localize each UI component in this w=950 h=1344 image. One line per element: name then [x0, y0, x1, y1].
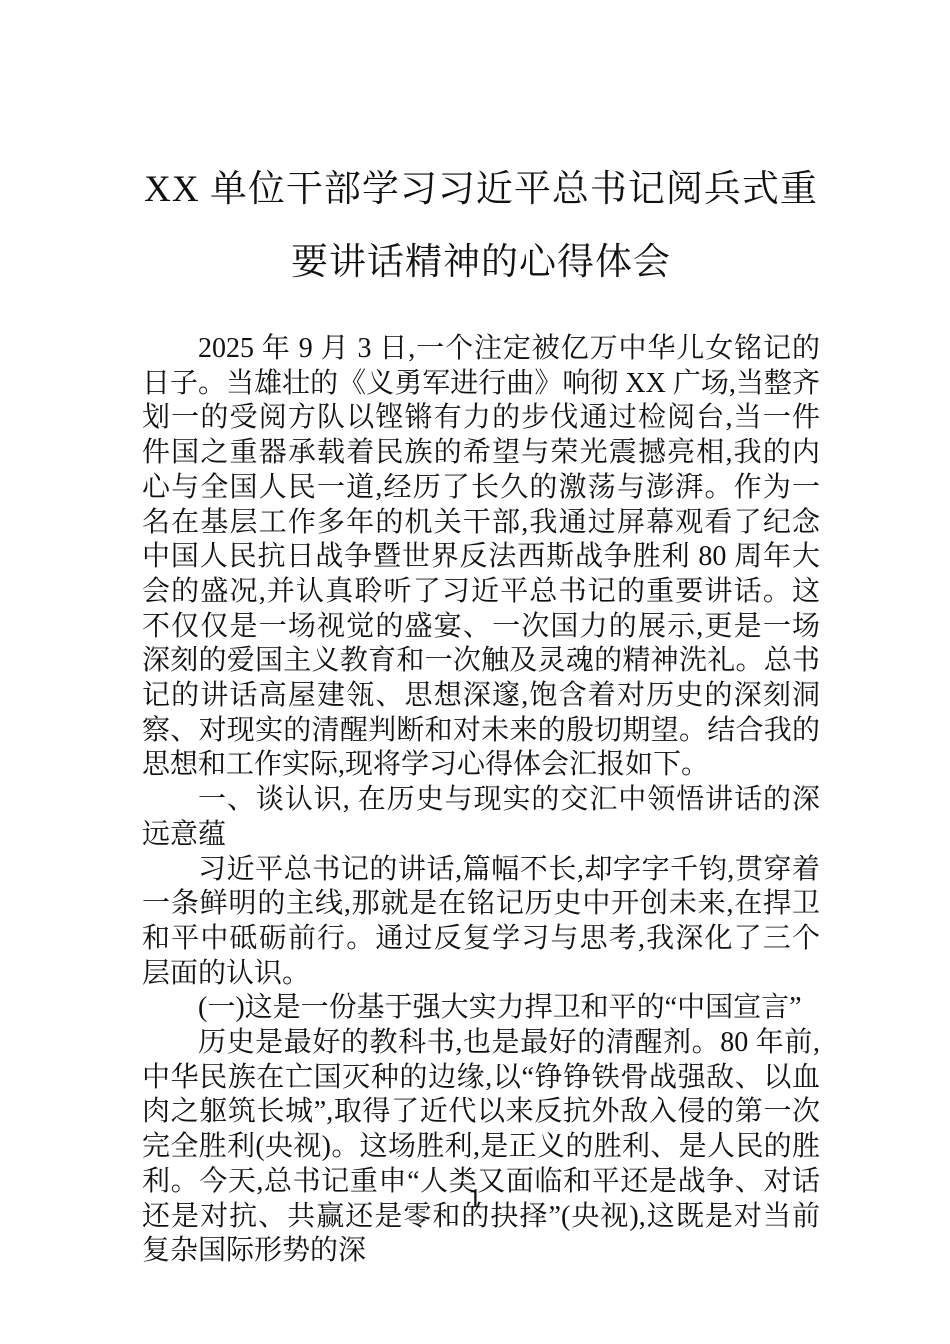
- section-heading-one: 一、谈认识, 在历史与现实的交汇中领悟讲话的深远意蕴: [142, 783, 820, 852]
- document-body: 2025 年 9 月 3 日,一个注定被亿万中华儿女铭记的日子。当雄壮的《义勇军…: [142, 332, 820, 1269]
- paragraph-intro: 2025 年 9 月 3 日,一个注定被亿万中华儿女铭记的日子。当雄壮的《义勇军…: [142, 332, 820, 783]
- subsection-heading-one: (一)这是一份基于强大实力捍卫和平的“中国宣言”: [142, 991, 820, 1026]
- document-title: XX 单位干部学习习近平总书记阅兵式重要讲话精神的心得体会: [142, 153, 820, 299]
- paragraph-history-lesson: 历史是最好的教科书,也是最好的清醒剂。80 年前,中华民族在亡国灭种的边缘,以“…: [142, 1026, 820, 1269]
- page-number: 1: [0, 1183, 950, 1214]
- paragraph-main-thread: 习近平总书记的讲话,篇幅不长,却字字千钧,贯穿着一条鲜明的主线,那就是在铭记历史…: [142, 853, 820, 992]
- document-page: XX 单位干部学习习近平总书记阅兵式重要讲话精神的心得体会 2025 年 9 月…: [0, 0, 950, 1344]
